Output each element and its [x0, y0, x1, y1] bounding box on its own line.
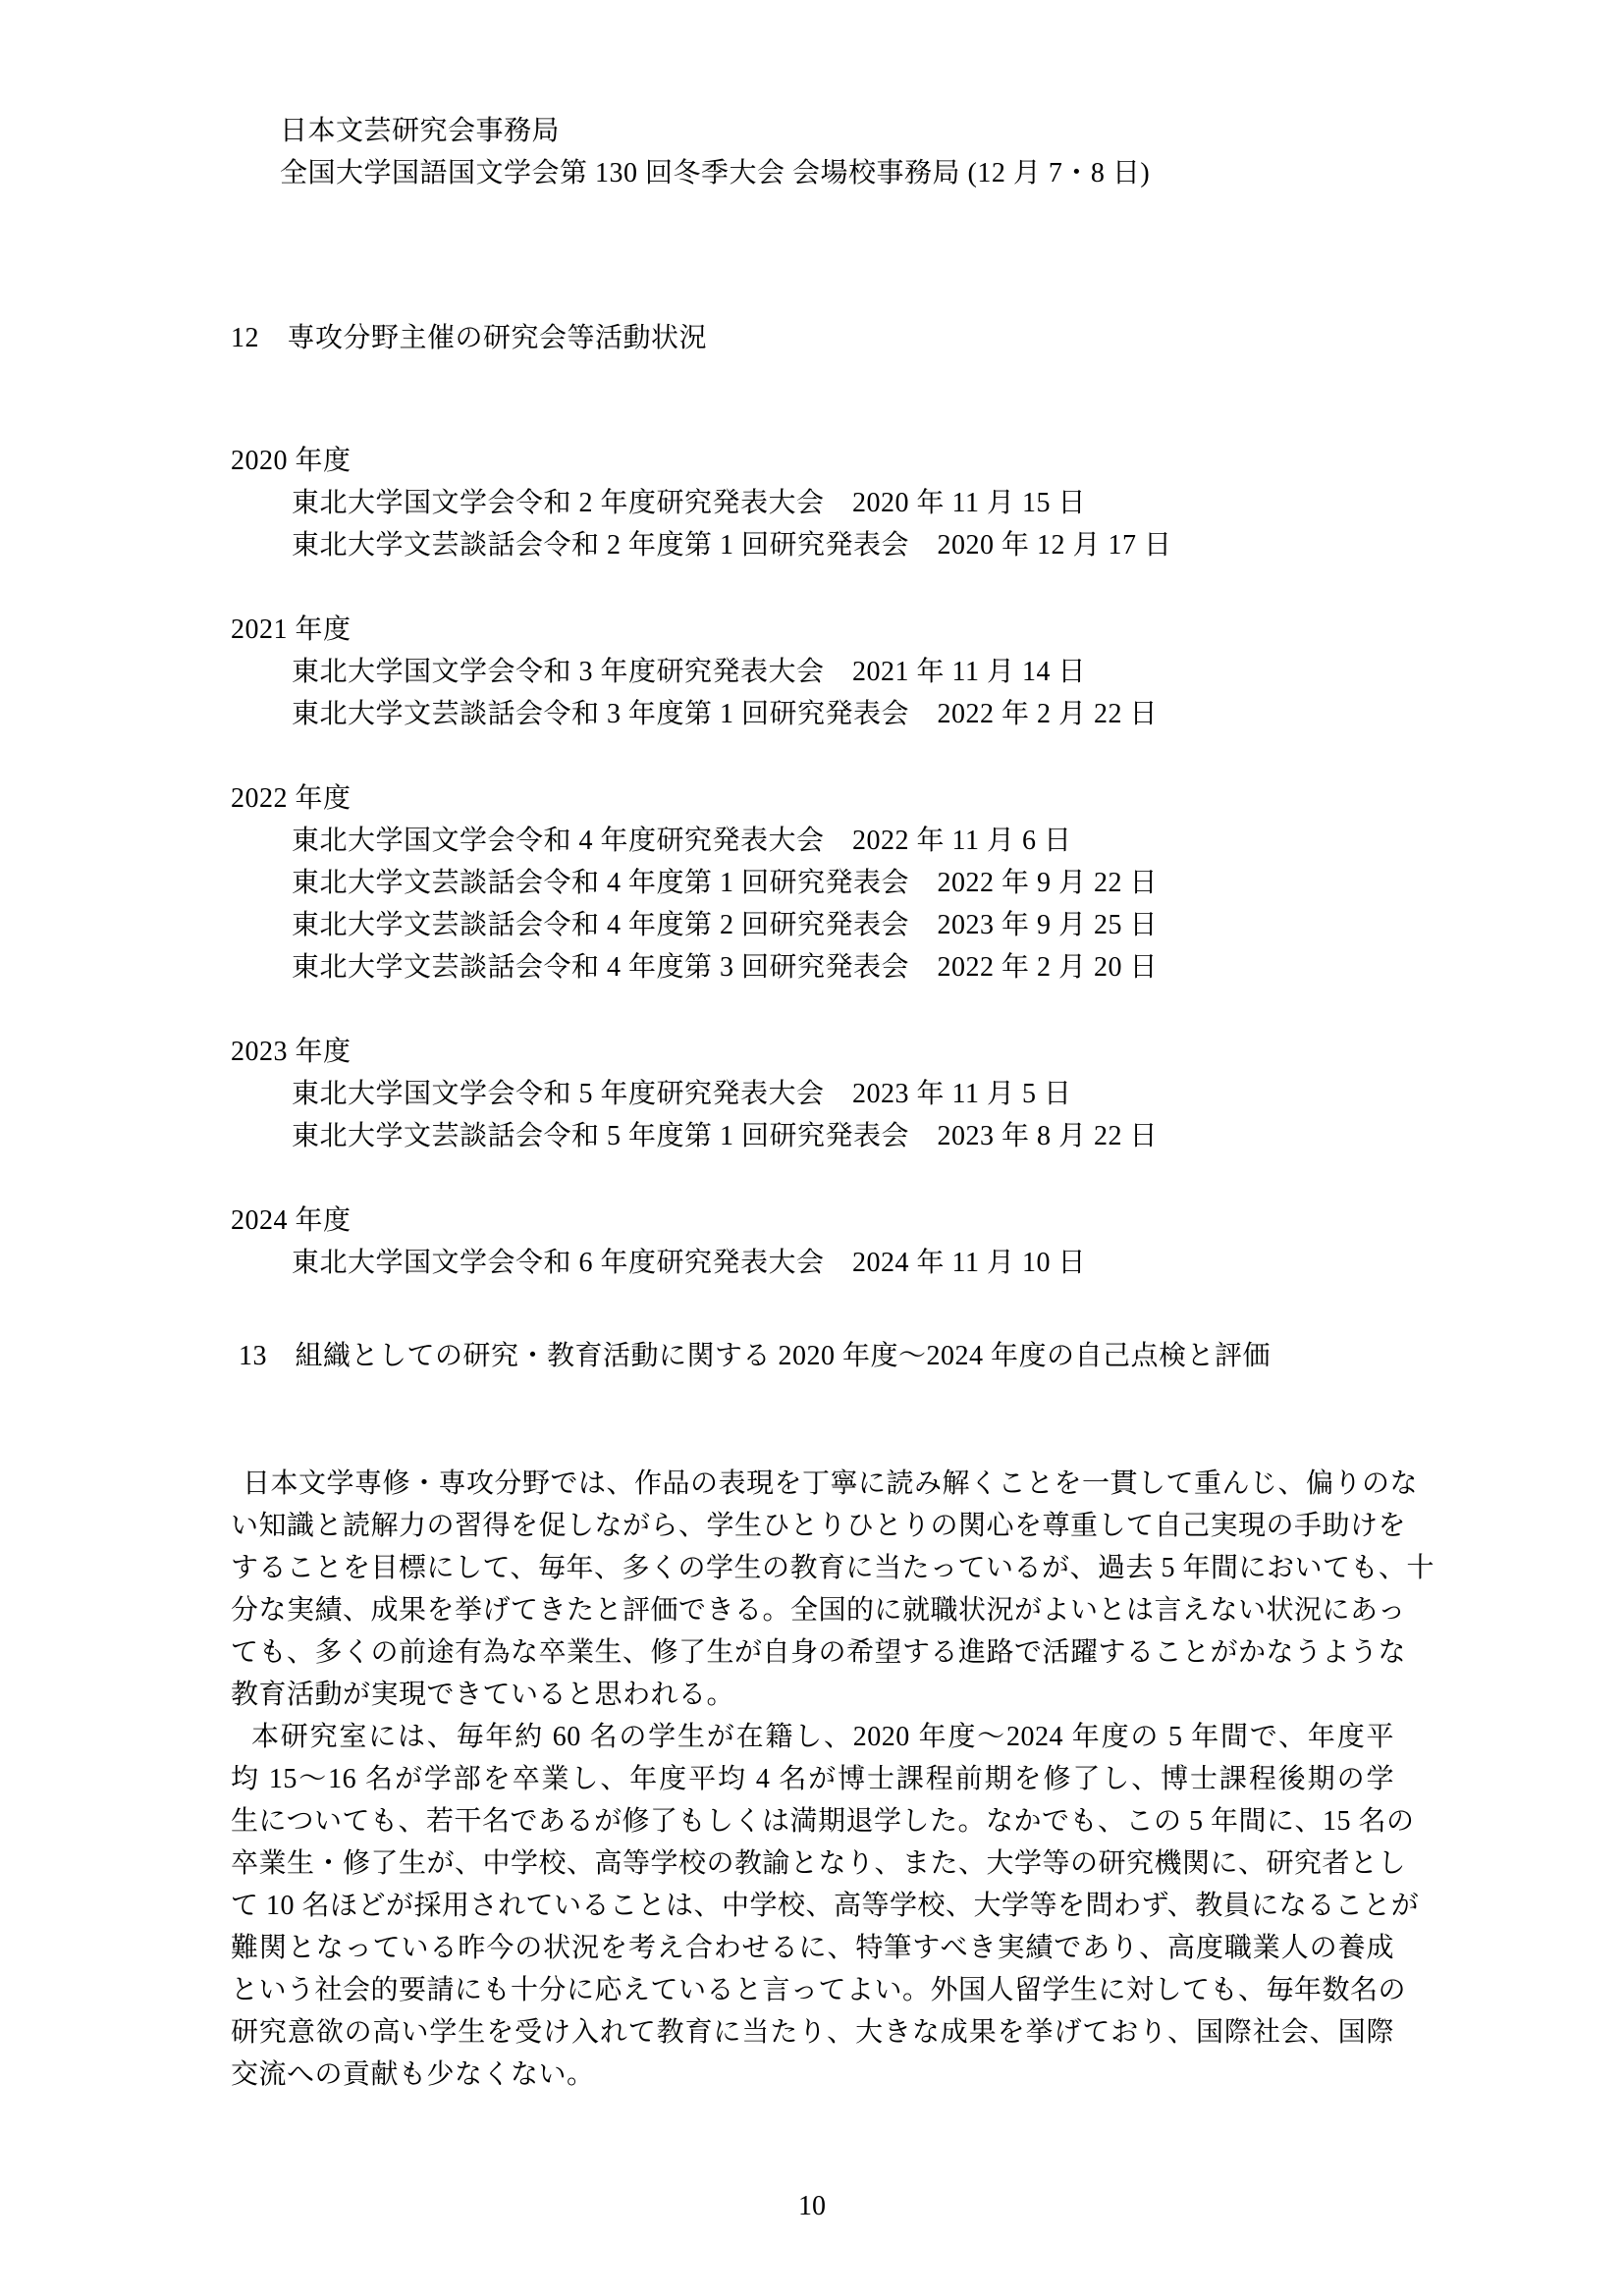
paragraph-line: 均 15～16 名が学部を卒業し、年度平均 4 名が博士課程前期を修了し、博士課… — [231, 1758, 1394, 1800]
paragraph-line: て 10 名ほどが採用されていることは、中学校、高等学校、大学等を問わず、教員に… — [231, 1885, 1394, 1927]
paragraph-line: 研究意欲の高い学生を受け入れて教育に当たり、大きな成果を挙げており、国際社会、国… — [231, 2011, 1394, 2054]
self-evaluation-paragraph-1: 日本文学専修・専攻分野では、作品の表現を丁寧に読み解くことを一貫して重んじ、偏り… — [231, 1463, 1394, 1716]
paragraph-line: 卒業生・修了生が、中学校、高等学校の教諭となり、また、大学等の研究機関に、研究者… — [231, 1842, 1394, 1885]
event-item: 東北大学文芸談話会令和 4 年度第 1 回研究発表会 2022 年 9 月 22… — [231, 862, 1394, 904]
paragraph-line: 教育活動が実現できていると思われる。 — [231, 1674, 1394, 1716]
section-13-heading: 13 組織としての研究・教育活動に関する 2020 年度～2024 年度の自己点… — [231, 1335, 1394, 1377]
year-label: 2020 年度 — [231, 440, 1394, 482]
event-item: 東北大学国文学会令和 5 年度研究発表大会 2023 年 11 月 5 日 — [231, 1073, 1394, 1115]
organization-line-1: 日本文芸研究会事務局 — [231, 110, 1394, 152]
organization-header-block: 日本文芸研究会事務局 全国大学国語国文学会第 130 回冬季大会 会場校事務局 … — [231, 110, 1394, 194]
paragraph-line: 日本文学専修・専攻分野では、作品の表現を丁寧に読み解くことを一貫して重んじ、偏り… — [231, 1463, 1394, 1505]
event-item: 東北大学国文学会令和 4 年度研究発表大会 2022 年 11 月 6 日 — [231, 820, 1394, 862]
paragraph-line: 分な実績、成果を挙げてきたと評価できる。全国的に就職状況がよいとは言えない状況に… — [231, 1589, 1394, 1631]
year-label: 2022 年度 — [231, 777, 1394, 820]
paragraph-line: することを目標にして、毎年、多くの学生の教育に当たっているが、過去 5 年間にお… — [231, 1547, 1394, 1589]
event-item: 東北大学国文学会令和 2 年度研究発表大会 2020 年 11 月 15 日 — [231, 482, 1394, 524]
paragraph-line: 生についても、若干名であるが修了もしくは満期退学した。なかでも、この 5 年間に… — [231, 1800, 1394, 1842]
organization-line-2: 全国大学国語国文学会第 130 回冬季大会 会場校事務局 (12 月 7・8 日… — [231, 152, 1394, 194]
year-block-2020: 2020 年度 東北大学国文学会令和 2 年度研究発表大会 2020 年 11 … — [231, 440, 1394, 566]
page-content: 日本文芸研究会事務局 全国大学国語国文学会第 130 回冬季大会 会場校事務局 … — [231, 110, 1394, 2096]
paragraph-line: 難関となっている昨今の状況を考え合わせるに、特筆すべき実績であり、高度職業人の養… — [231, 1927, 1394, 1969]
event-item: 東北大学文芸談話会令和 5 年度第 1 回研究発表会 2023 年 8 月 22… — [231, 1115, 1394, 1157]
year-label: 2024 年度 — [231, 1200, 1394, 1242]
self-evaluation-paragraph-2: 本研究室には、毎年約 60 名の学生が在籍し、2020 年度～2024 年度の … — [231, 1716, 1394, 2096]
event-item: 東北大学文芸談話会令和 4 年度第 3 回研究発表会 2022 年 2 月 20… — [231, 946, 1394, 988]
year-label: 2021 年度 — [231, 609, 1394, 651]
year-label: 2023 年度 — [231, 1031, 1394, 1073]
paragraph-line: 本研究室には、毎年約 60 名の学生が在籍し、2020 年度～2024 年度の … — [231, 1716, 1394, 1758]
paragraph-line: ても、多くの前途有為な卒業生、修了生が自身の希望する進路で活躍することがかなうよ… — [231, 1631, 1394, 1674]
paragraph-line: 交流への貢献も少なくない。 — [231, 2054, 1394, 2096]
year-block-2023: 2023 年度 東北大学国文学会令和 5 年度研究発表大会 2023 年 11 … — [231, 1031, 1394, 1157]
paragraph-line: という社会的要請にも十分に応えていると言ってよい。外国人留学生に対しても、毎年数… — [231, 1969, 1394, 2011]
event-item: 東北大学文芸談話会令和 4 年度第 2 回研究発表会 2023 年 9 月 25… — [231, 904, 1394, 946]
event-item: 東北大学文芸談話会令和 2 年度第 1 回研究発表会 2020 年 12 月 1… — [231, 524, 1394, 566]
paragraph-line: い知識と読解力の習得を促しながら、学生ひとりひとりの関心を尊重して自己実現の手助… — [231, 1505, 1394, 1547]
section-12-heading: 12 専攻分野主催の研究会等活動状況 — [231, 317, 1394, 359]
year-block-2024: 2024 年度 東北大学国文学会令和 6 年度研究発表大会 2024 年 11 … — [231, 1200, 1394, 1284]
event-item: 東北大学国文学会令和 3 年度研究発表大会 2021 年 11 月 14 日 — [231, 651, 1394, 693]
year-block-2022: 2022 年度 東北大学国文学会令和 4 年度研究発表大会 2022 年 11 … — [231, 777, 1394, 988]
event-item: 東北大学文芸談話会令和 3 年度第 1 回研究発表会 2022 年 2 月 22… — [231, 693, 1394, 735]
document-page: 日本文芸研究会事務局 全国大学国語国文学会第 130 回冬季大会 会場校事務局 … — [0, 0, 1624, 2296]
page-number: 10 — [0, 2185, 1624, 2227]
year-block-2021: 2021 年度 東北大学国文学会令和 3 年度研究発表大会 2021 年 11 … — [231, 609, 1394, 735]
event-item: 東北大学国文学会令和 6 年度研究発表大会 2024 年 11 月 10 日 — [231, 1242, 1394, 1284]
